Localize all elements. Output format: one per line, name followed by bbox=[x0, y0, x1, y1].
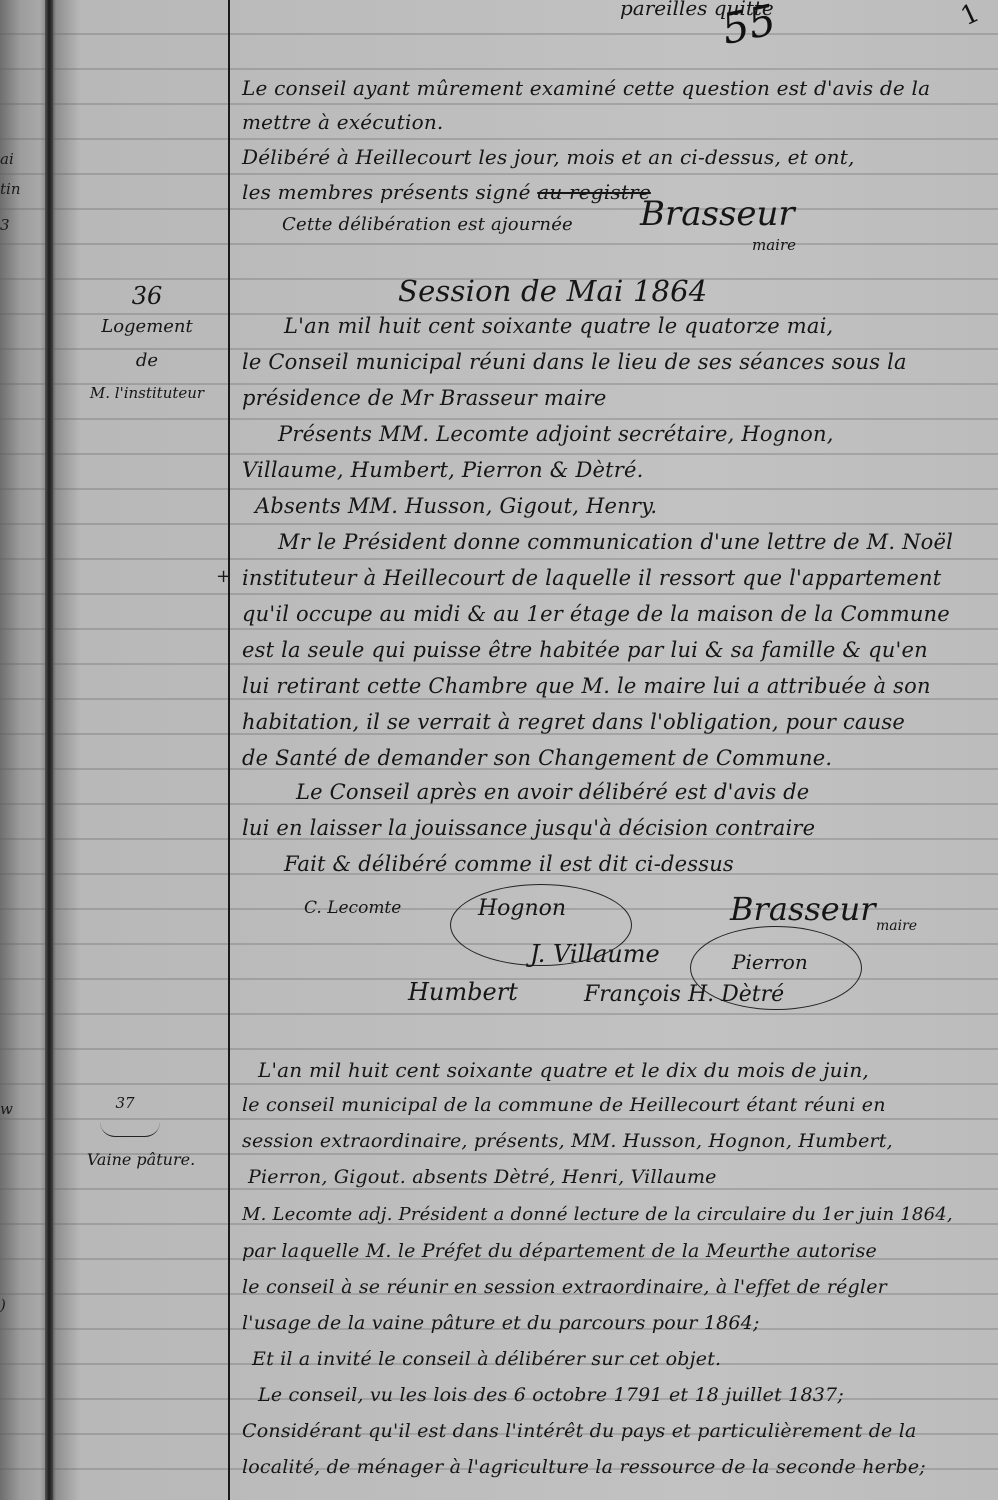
margin-title-line: de bbox=[82, 350, 212, 371]
entry-line: lui en laisser la jouissance jusqu'à déc… bbox=[242, 816, 815, 840]
entry-line: le conseil à se réunir en session extrao… bbox=[242, 1276, 887, 1298]
entry-line: session extraordinaire, présents, MM. Hu… bbox=[242, 1130, 893, 1152]
signature-villaume: J. Villaume bbox=[530, 940, 660, 968]
signature-lecomte: C. Lecomte bbox=[304, 898, 401, 918]
left-page-fragment: 3 bbox=[0, 216, 36, 234]
entry-line: Et il a invité le conseil à délibérer su… bbox=[252, 1348, 721, 1370]
left-page-fragment: w bbox=[0, 1100, 36, 1118]
struck-text: au registre bbox=[537, 180, 651, 204]
entry-line: Villaume, Humbert, Pierron & Dètré. bbox=[242, 458, 644, 482]
entry-line: l'usage de la vaine pâture et du parcour… bbox=[242, 1312, 760, 1334]
register-page: ai tin 3 w ) pareilles quitte 55 1 Le co… bbox=[0, 0, 998, 1500]
mayor-title: maire bbox=[752, 236, 796, 254]
entry-number: 37 bbox=[60, 1094, 190, 1112]
left-page-fragment: tin bbox=[0, 180, 36, 198]
entry-line: Le conseil, vu les lois des 6 octobre 17… bbox=[258, 1384, 844, 1406]
entry-line: présidence de Mr Brasseur maire bbox=[242, 386, 606, 410]
entry-line: L'an mil huit cent soixante quatre et le… bbox=[258, 1058, 869, 1082]
entry-line: lui retirant cette Chambre que M. le mai… bbox=[242, 674, 931, 698]
cross-mark: + bbox=[216, 566, 231, 587]
session-title: Session de Mai 1864 bbox=[398, 274, 707, 308]
signature-mayor-title: maire bbox=[876, 918, 917, 934]
left-page-fragment: ) bbox=[0, 1296, 36, 1314]
entry-number: 36 bbox=[82, 282, 212, 310]
entry-line: Le Conseil après en avoir délibéré est d… bbox=[296, 780, 809, 804]
margin-rule-line bbox=[228, 0, 230, 1500]
entry-line: localité, de ménager à l'agriculture la … bbox=[242, 1456, 926, 1478]
margin-title: Vaine pâture. bbox=[66, 1150, 216, 1169]
entry-line: par laquelle M. le Préfet du département… bbox=[242, 1240, 877, 1262]
entry-line: Présents MM. Lecomte adjoint secrétaire,… bbox=[278, 422, 834, 446]
signature-humbert: Humbert bbox=[408, 978, 518, 1006]
previous-entry-line: les membres présents signé au registre bbox=[242, 180, 651, 204]
entry-line: de Santé de demander son Changement de C… bbox=[242, 746, 832, 770]
signature-pierron: Pierron bbox=[732, 950, 808, 974]
entry-line: M. Lecomte adj. Président a donné lectur… bbox=[242, 1204, 953, 1225]
entry-line: Absents MM. Husson, Gigout, Henry. bbox=[255, 494, 657, 518]
signature-detre: François H. Dètré bbox=[584, 982, 784, 1007]
entry-line: Pierron, Gigout. absents Dètré, Henri, V… bbox=[248, 1166, 717, 1188]
entry-line: qu'il occupe au midi & au 1er étage de l… bbox=[242, 602, 950, 626]
entry-line: le Conseil municipal réuni dans le lieu … bbox=[242, 350, 907, 374]
signature-hognon: Hognon bbox=[478, 896, 566, 921]
entry-line: L'an mil huit cent soixante quatre le qu… bbox=[284, 314, 833, 338]
mayor-signature: Brasseur bbox=[640, 194, 795, 234]
margin-title-line: M. l'instituteur bbox=[82, 384, 212, 402]
book-binding-gutter bbox=[45, 0, 53, 1500]
entry-line: Considérant qu'il est dans l'intérêt du … bbox=[242, 1420, 917, 1442]
previous-entry-line: mettre à exécution. bbox=[242, 110, 443, 134]
entry-line: habitation, il se verrait à regret dans … bbox=[242, 710, 905, 734]
entry-line: Mr le Président donne communication d'un… bbox=[278, 530, 953, 554]
margin-title-line: Logement bbox=[82, 316, 212, 337]
left-page-fragment: ai bbox=[0, 150, 36, 168]
adjourned-note: Cette délibération est ajournée bbox=[282, 214, 573, 235]
folio-number: 55 bbox=[717, 0, 779, 54]
signature-mayor: Brasseur bbox=[730, 890, 876, 928]
previous-entry-line: Délibéré à Heillecourt les jour, mois et… bbox=[242, 145, 855, 169]
entry-line: instituteur à Heillecourt de laquelle il… bbox=[242, 566, 941, 590]
corner-mark: 1 bbox=[956, 0, 984, 32]
brace-flourish bbox=[100, 1122, 160, 1137]
signed-clause: les membres présents signé bbox=[242, 180, 531, 204]
previous-entry-line: Le conseil ayant mûrement examiné cette … bbox=[242, 76, 930, 100]
entry-line: le conseil municipal de la commune de He… bbox=[242, 1094, 886, 1116]
entry-line: est la seule qui puisse être habitée par… bbox=[242, 638, 928, 662]
entry-line: Fait & délibéré comme il est dit ci-dess… bbox=[284, 852, 734, 876]
